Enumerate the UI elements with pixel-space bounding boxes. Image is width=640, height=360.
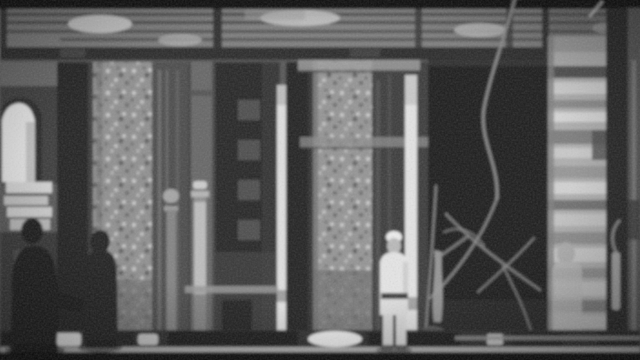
video-frame	[0, 0, 640, 360]
film-grain-overlay	[0, 0, 640, 360]
film-frame-graphic	[0, 0, 640, 360]
